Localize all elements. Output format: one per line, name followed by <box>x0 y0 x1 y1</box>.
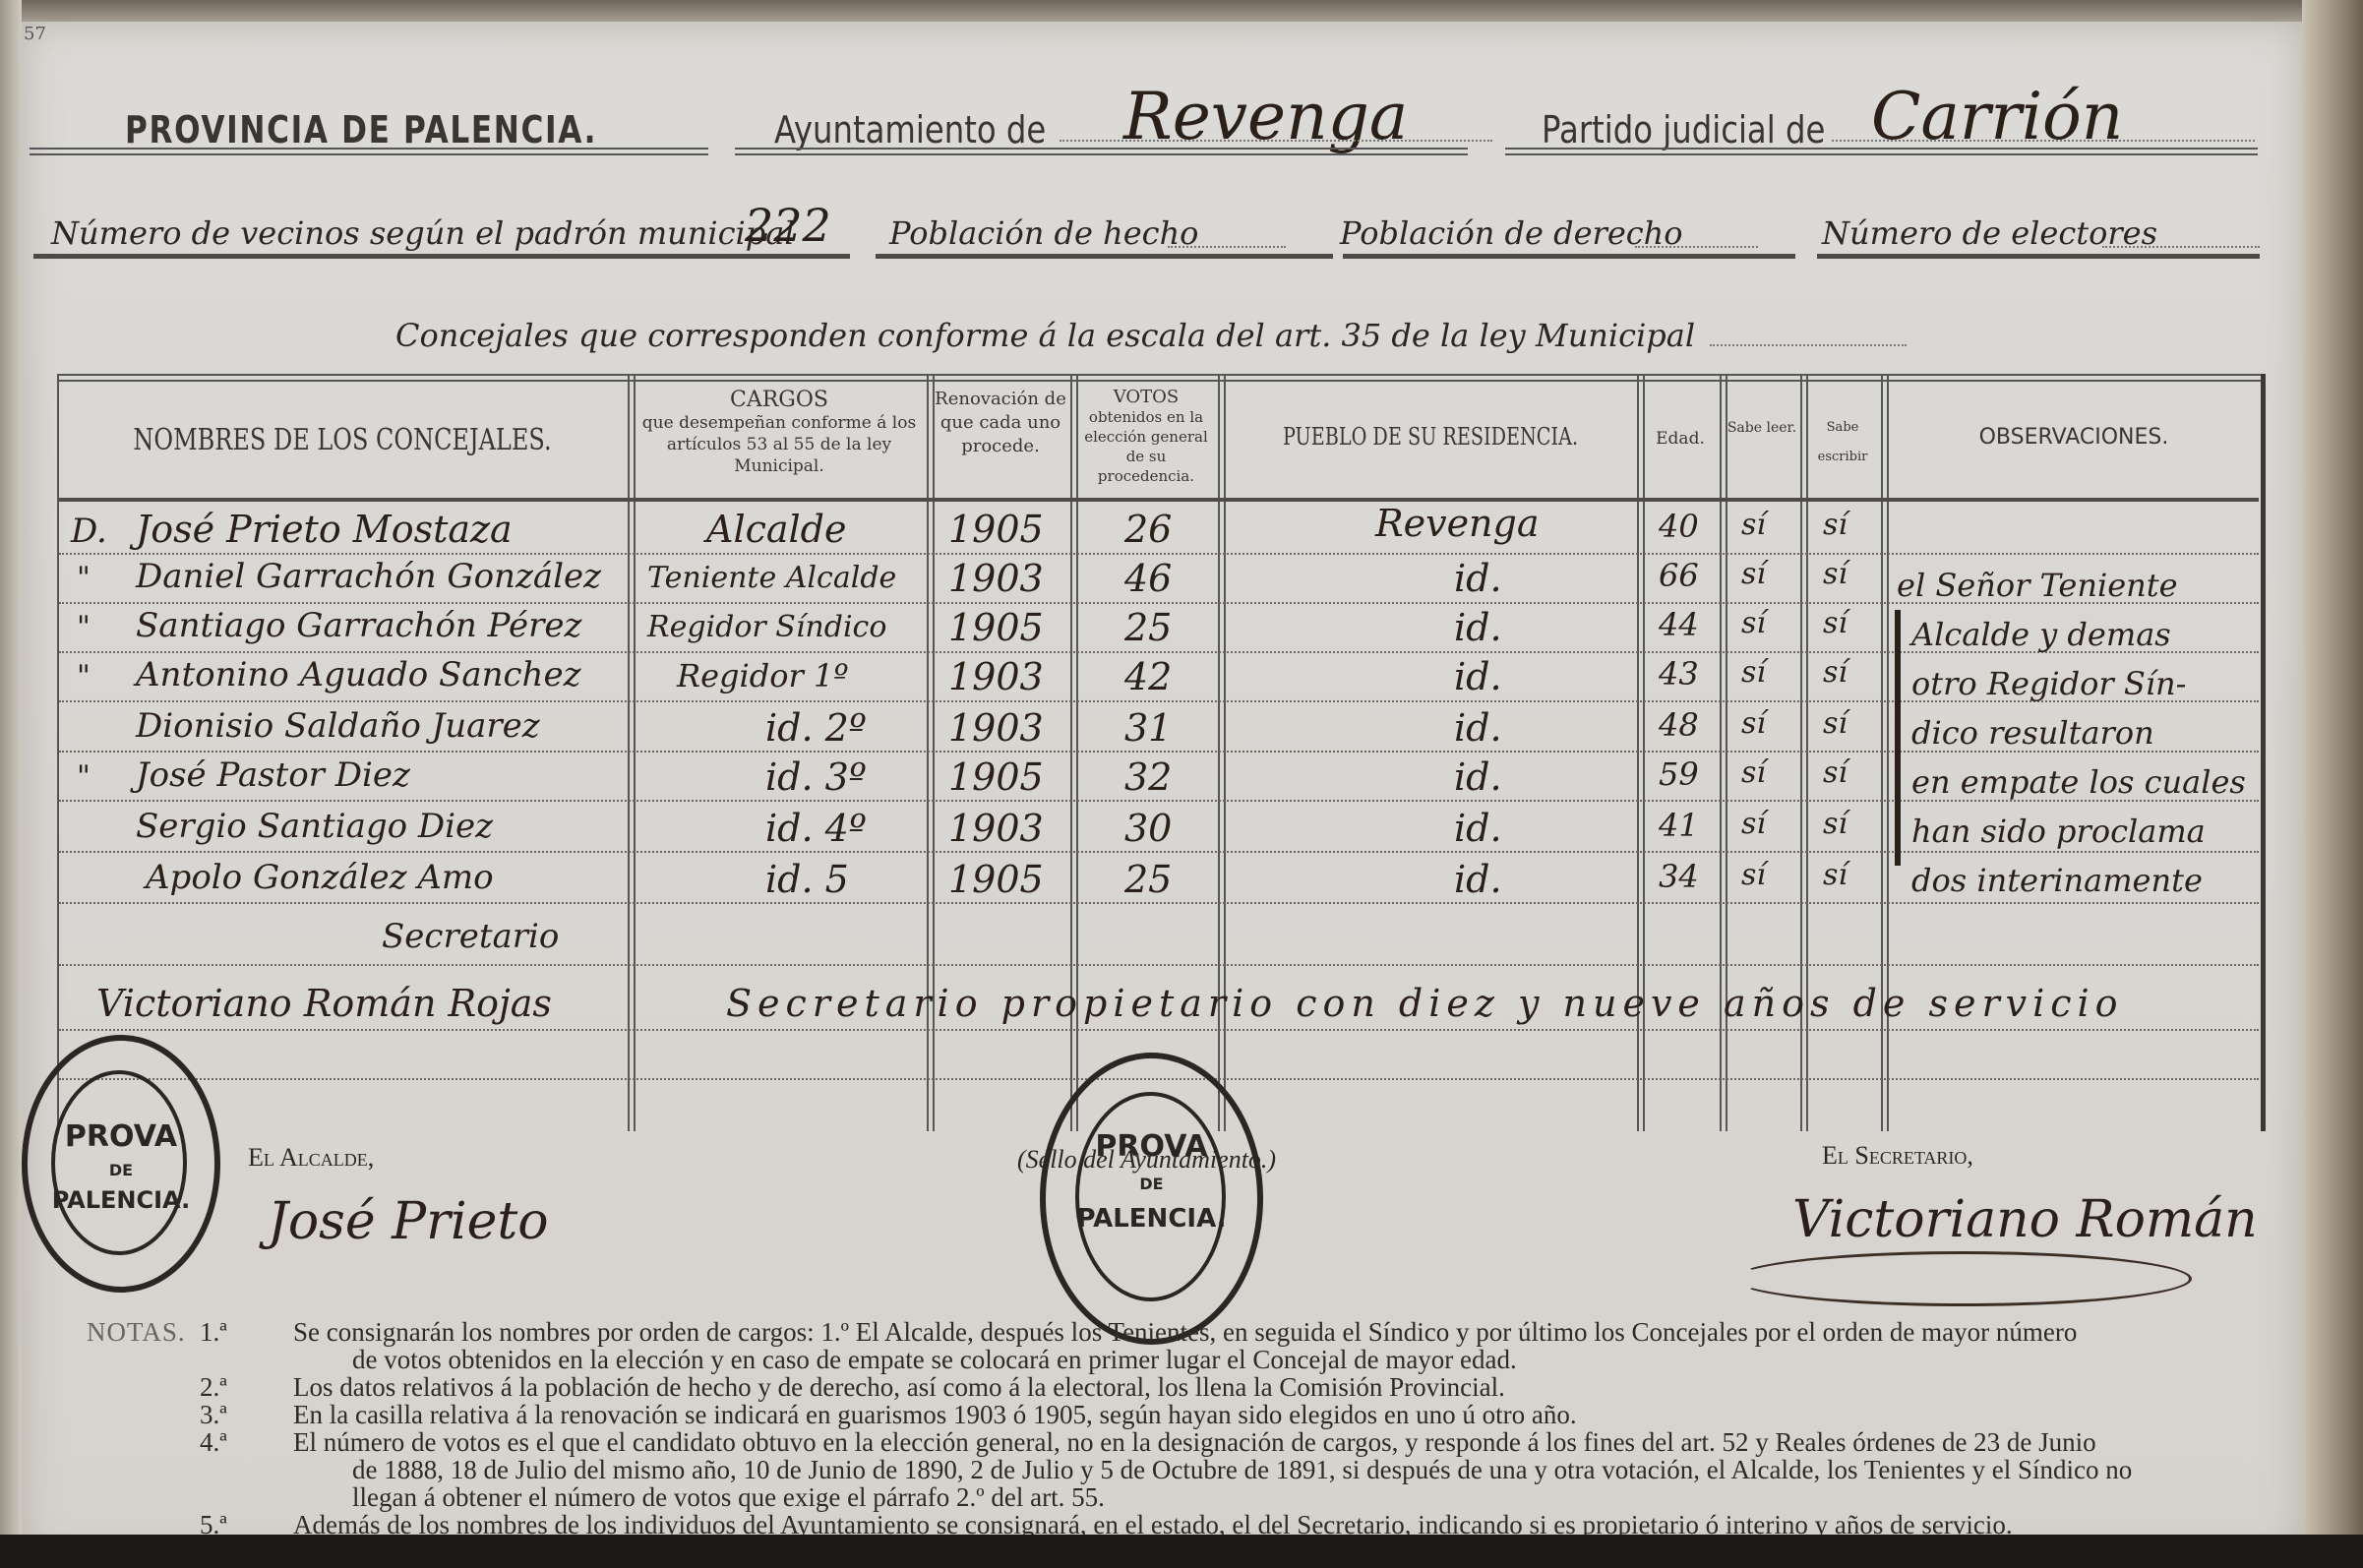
secretario-row-nombre: Victoriano Román Rojas <box>96 982 552 1025</box>
row-renovacion: 1905 <box>948 755 1044 799</box>
row-escribir: sí <box>1823 606 1848 640</box>
row-pueblo: id. <box>1454 557 1502 600</box>
row-renovacion: 1905 <box>948 858 1044 901</box>
table-top-rule <box>57 374 2261 382</box>
note-item: NOTAS. 1.ª Se consignarán los nombres po… <box>87 1318 2290 1373</box>
row-cargo: Regidor Síndico <box>647 610 886 644</box>
concejales-dotted <box>1710 344 1907 346</box>
row-escribir: sí <box>1823 706 1848 741</box>
col-sep-1 <box>628 374 630 1131</box>
partido-label: Partido judicial de <box>1542 108 1825 151</box>
row-pueblo: id. <box>1454 655 1502 698</box>
col-header-escribir: Sabe escribir <box>1806 413 1879 472</box>
header-rule-3 <box>1505 148 2258 155</box>
row-line <box>59 553 2259 555</box>
row-pueblo: id. <box>1454 606 1502 649</box>
row-leer: sí <box>1741 755 1766 790</box>
provincia-title: PROVINCIA DE PALENCIA. <box>125 108 597 151</box>
secretario-row-detalle: Secretario propietario con diez y nueve … <box>726 982 2124 1025</box>
row-votos: 31 <box>1124 706 1172 750</box>
row-prefix: " <box>77 561 91 595</box>
note-text-cont: de votos obtenidos en la elección y en c… <box>293 1346 2290 1373</box>
row-votos: 30 <box>1124 807 1172 850</box>
row-leer: sí <box>1741 508 1766 542</box>
row-leer: sí <box>1741 606 1766 640</box>
note-text: El número de votos es el que el candidat… <box>293 1427 2096 1457</box>
row-edad: 40 <box>1659 508 1699 545</box>
secretario-flourish <box>1733 1251 2192 1306</box>
row-prefix: " <box>77 659 91 694</box>
poblacion-hecho-label: Población de hecho <box>889 214 1198 252</box>
row-escribir: sí <box>1823 655 1848 690</box>
note-item: 3.ª En la casilla relativa á la renovaci… <box>87 1401 2290 1428</box>
concejales-title: Concejales que corresponden conforme á l… <box>395 317 1695 354</box>
row-cargo: id. 3º <box>765 755 867 799</box>
observaciones-bracket <box>1895 610 1901 866</box>
row-pueblo: id. <box>1454 706 1502 750</box>
row-edad: 59 <box>1659 755 1699 793</box>
note-text: Se consignarán los nombres por orden de … <box>293 1317 2077 1347</box>
row-cargo: id. 4º <box>765 807 867 850</box>
secretario-signature: Victoriano Román <box>1792 1190 2258 1249</box>
row-renovacion: 1903 <box>948 706 1044 750</box>
ayuntamiento-value: Revenga <box>1123 79 1408 154</box>
row-prefix: " <box>77 610 91 644</box>
col-header-edad: Edad. <box>1643 429 1718 449</box>
row-edad: 41 <box>1659 807 1699 844</box>
row-nombre: José Pastor Diez <box>136 755 410 795</box>
row-leer: sí <box>1741 557 1766 591</box>
row-pueblo: id. <box>1454 807 1502 850</box>
row-renovacion: 1905 <box>948 508 1044 551</box>
row-leer: sí <box>1741 655 1766 690</box>
row-votos: 25 <box>1124 858 1172 901</box>
row2-rule-3 <box>1343 254 1795 259</box>
stamp-left: PROVA DE PALENCIA. <box>22 1035 220 1293</box>
observacion-line: el Señor Teniente <box>1897 567 2178 604</box>
book-right-edge <box>2302 0 2363 1568</box>
row-renovacion: 1905 <box>948 606 1044 649</box>
ayuntamiento-dotted-line <box>1060 140 1492 142</box>
observacion-line: dico resultaron <box>1911 714 2154 752</box>
alcalde-label: El Alcalde, <box>248 1143 374 1173</box>
poblacion-derecho-label: Población de derecho <box>1340 214 1683 252</box>
row-leer: sí <box>1741 807 1766 841</box>
header-bottom-rule <box>59 498 2259 502</box>
secretario-label: El Secretario, <box>1822 1141 1973 1171</box>
book-bottom-edge <box>0 1535 2363 1568</box>
row-nombre: Sergio Santiago Diez <box>136 807 493 846</box>
observacion-line: han sido proclama <box>1911 813 2206 850</box>
row-line <box>59 902 2259 904</box>
row2-rule-1 <box>33 254 850 259</box>
page-mark: 57 <box>24 24 46 44</box>
note-text-cont: de 1888, 18 de Julio del mismo año, 10 d… <box>293 1456 2290 1483</box>
alcalde-signature: José Prieto <box>268 1192 549 1251</box>
vecinos-value: 222 <box>745 199 831 252</box>
stamp-text-prov: PROVA <box>28 1119 214 1154</box>
concejales-table: NOMBRES DE LOS CONCEJALES. CARGOS que de… <box>57 374 2266 1131</box>
row-cargo: id. 5 <box>765 858 849 901</box>
row-pueblo: Revenga <box>1375 502 1540 545</box>
row-nombre: Antonino Aguado Sanchez <box>136 655 581 694</box>
row-edad: 43 <box>1659 655 1699 693</box>
row-line <box>59 1029 2259 1031</box>
row-prefix: " <box>77 759 91 794</box>
row-votos: 32 <box>1124 755 1172 799</box>
notes-label: NOTAS. <box>87 1318 186 1346</box>
header-rule-2 <box>735 148 1468 155</box>
note-text: Los datos relativos á la población de he… <box>293 1372 1505 1402</box>
observacion-line: en empate los cuales <box>1911 763 2246 801</box>
row-votos: 26 <box>1124 508 1172 551</box>
row-escribir: sí <box>1823 557 1848 591</box>
col-header-cargos-sub: que desempeñan conforme á los artículos … <box>636 412 923 477</box>
row-pueblo: id. <box>1454 755 1502 799</box>
observacion-line: otro Regidor Sín- <box>1911 665 2186 702</box>
observacion-line: Alcalde y demas <box>1911 616 2171 653</box>
col-header-leer: Sabe leer. <box>1726 413 1798 443</box>
row-line <box>59 964 2259 966</box>
note-number: 1.ª <box>200 1318 227 1346</box>
row-nombre: José Prieto Mostaza <box>136 508 513 551</box>
note-number: 2.ª <box>200 1373 227 1401</box>
row-edad: 34 <box>1659 858 1699 895</box>
col-header-pueblo: PUEBLO DE SU RESIDENCIA. <box>1267 423 1595 451</box>
stamp-text-de: DE <box>28 1161 214 1179</box>
header-rule-1 <box>30 148 708 155</box>
row-nombre: Dionisio Saldaño Juarez <box>136 706 540 746</box>
row-edad: 66 <box>1659 557 1699 594</box>
table-left-border <box>57 374 59 1131</box>
col-header-votos: VOTOS obtenidos en la elección general d… <box>1077 388 1215 486</box>
secretario-heading: Secretario <box>382 917 559 956</box>
row-leer: sí <box>1741 858 1766 892</box>
partido-value: Carrión <box>1871 79 2123 154</box>
col-header-nombres: NOMBRES DE LOS CONCEJALES. <box>122 423 563 457</box>
partido-dotted-line <box>1832 140 2255 142</box>
row-cargo: Alcalde <box>706 508 847 551</box>
row-votos: 42 <box>1124 655 1172 698</box>
row2-rule-4 <box>1817 254 2260 259</box>
row-leer: sí <box>1741 706 1766 741</box>
note-item: 2.ª Los datos relativos á la población d… <box>87 1373 2290 1401</box>
row-cargo: id. 2º <box>765 706 867 750</box>
row-pueblo: id. <box>1454 858 1502 901</box>
row-line <box>59 851 2259 853</box>
col-header-cargos: CARGOS que desempeñan conforme á los art… <box>636 388 923 477</box>
row-cargo: Teniente Alcalde <box>647 561 896 595</box>
row-edad: 48 <box>1659 706 1699 744</box>
stamp-text-palencia: PALENCIA. <box>1046 1204 1257 1234</box>
book-left-edge <box>0 0 22 1568</box>
col-header-votos-title: VOTOS <box>1077 388 1215 407</box>
sello-label: (Sello del Ayuntamiento.) <box>1017 1145 1276 1175</box>
stamp-inner-ring <box>1075 1092 1226 1301</box>
vecinos-label: Número de vecinos según el padrón munici… <box>51 214 795 252</box>
col-header-cargos-title: CARGOS <box>636 388 923 412</box>
row-votos: 25 <box>1124 606 1172 649</box>
row-nombre: Santiago Garrachón Pérez <box>136 606 581 645</box>
row-edad: 44 <box>1659 606 1699 643</box>
row-renovacion: 1903 <box>948 807 1044 850</box>
poblacion-derecho-dotted <box>1635 246 1758 248</box>
note-number: 4.ª <box>200 1428 227 1456</box>
col-header-renovacion: Renovación de que cada uno procede. <box>933 388 1068 458</box>
book-top-edge <box>0 0 2363 22</box>
stamp-text-palencia: PALENCIA. <box>28 1186 214 1214</box>
row-nombre: Daniel Garrachón González <box>136 557 601 596</box>
note-text-cont: llegan á obtener el número de votos que … <box>293 1483 2290 1511</box>
row-escribir: sí <box>1823 755 1848 790</box>
observacion-line: dos interinamente <box>1911 862 2203 899</box>
poblacion-hecho-dotted <box>1168 246 1286 248</box>
stamp-text-de: DE <box>1046 1175 1257 1193</box>
note-item: 4.ª El número de votos es el que el cand… <box>87 1428 2290 1511</box>
notes-section: NOTAS. 1.ª Se consignarán los nombres po… <box>87 1318 2290 1566</box>
row-escribir: sí <box>1823 858 1848 892</box>
col-header-observaciones: OBSERVACIONES. <box>1889 425 2259 450</box>
document-page: PROVINCIA DE PALENCIA. Ayuntamiento de R… <box>22 22 2302 1556</box>
electores-dotted <box>2102 246 2260 248</box>
ayuntamiento-label: Ayuntamiento de <box>774 108 1046 151</box>
row-votos: 46 <box>1124 557 1172 600</box>
stamp-center: PROVA DE PALENCIA. <box>1040 1053 1263 1345</box>
note-text: En la casilla relativa á la renovación s… <box>293 1400 1577 1429</box>
row2-rule-2 <box>876 254 1333 259</box>
row-escribir: sí <box>1823 508 1848 542</box>
col-header-votos-sub: obtenidos en la elección general de su p… <box>1077 407 1215 486</box>
row-cargo: Regidor 1º <box>677 657 848 694</box>
row-renovacion: 1903 <box>948 655 1044 698</box>
row-nombre: Apolo González Amo <box>146 858 494 897</box>
note-number: 3.ª <box>200 1401 227 1428</box>
row-escribir: sí <box>1823 807 1848 841</box>
row-renovacion: 1903 <box>948 557 1044 600</box>
row-prefix: D. <box>71 512 107 551</box>
